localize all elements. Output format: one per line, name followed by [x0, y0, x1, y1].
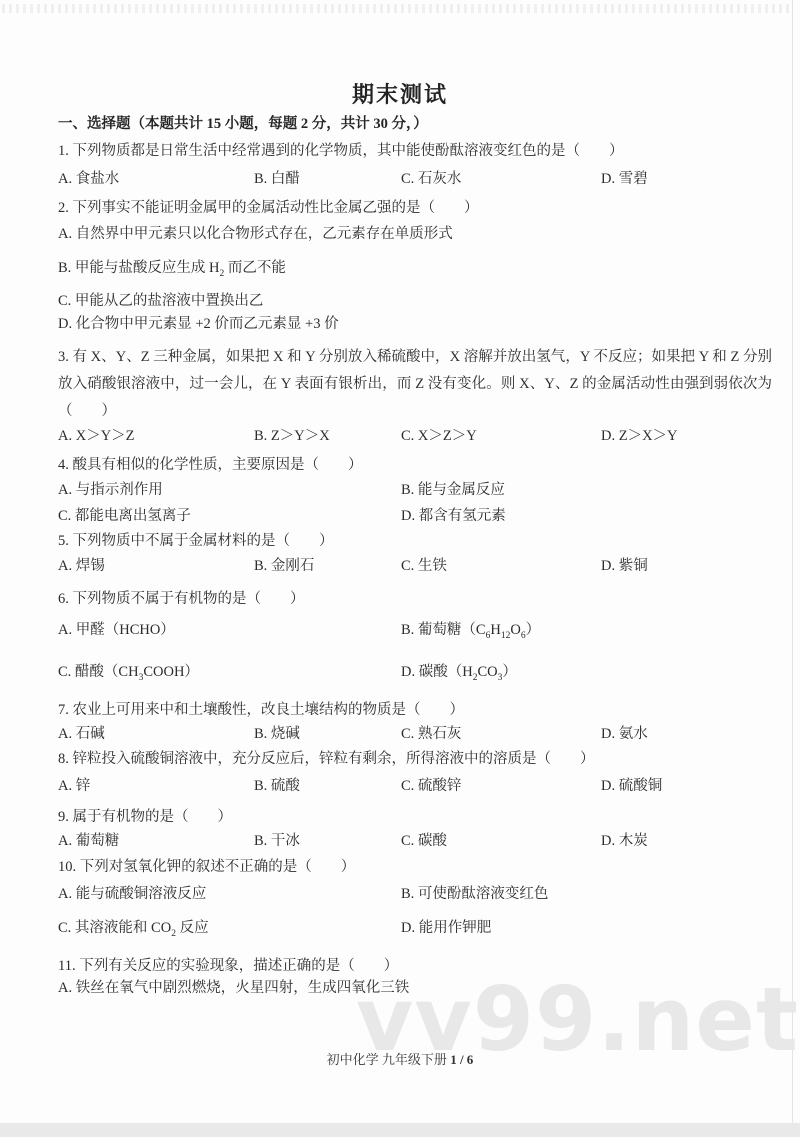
option: B. 可使酚酞溶液变红色: [401, 881, 772, 908]
option: A. 与指示剂作用: [58, 477, 401, 504]
option: A. 自然界中甲元素只以化合物形式存在，乙元素存在单质形式: [58, 221, 772, 248]
option: B. 硫酸: [254, 773, 401, 800]
option: A. 能与硫酸铜溶液反应: [58, 881, 401, 908]
question-6-options-row1: A. 甲醛（HCHO） B. 葡萄糖（C6H12O6）: [58, 614, 772, 646]
footer-label: 初中化学 九年级下册: [327, 1052, 447, 1067]
option: D. 雪碧: [601, 166, 772, 193]
option: C. 碳酸: [401, 828, 601, 855]
option: A. 焊锡: [58, 553, 254, 580]
question-10-options-row1: A. 能与硫酸铜溶液反应 B. 可使酚酞溶液变红色: [58, 881, 772, 908]
option: B. 能与金属反应: [401, 477, 772, 504]
section-header: 一、选择题（本题共计 15 小题，每题 2 分，共计 30 分，）: [58, 111, 772, 138]
page-title: 期末测试: [0, 81, 800, 108]
option: B. 甲能与盐酸反应生成 H2 而乙不能: [58, 252, 772, 284]
option: A. 食盐水: [58, 166, 254, 193]
option: A. X＞Y＞Z: [58, 423, 254, 450]
question-9-options: A. 葡萄糖 B. 干冰 C. 碳酸 D. 木炭: [58, 828, 772, 855]
option: B. Z＞Y＞X: [254, 423, 401, 450]
option: C. 石灰水: [401, 166, 601, 193]
option: D. 碳酸（H2CO3）: [401, 656, 772, 688]
bottom-bar: [0, 1123, 800, 1137]
option: B. 干冰: [254, 828, 401, 855]
question-7-options: A. 石碱 B. 烧碱 C. 熟石灰 D. 氨水: [58, 721, 772, 748]
option: D. 紫铜: [601, 553, 772, 580]
question-6-stem: 6. 下列物质不属于有机物的是（ ）: [58, 586, 772, 613]
page-footer: 初中化学 九年级下册 1 / 6: [0, 1046, 800, 1073]
page-edge-line: [792, 0, 793, 1123]
option: A. 葡萄糖: [58, 828, 254, 855]
option: B. 金刚石: [254, 553, 401, 580]
question-8-options: A. 锌 B. 硫酸 C. 硫酸锌 D. 硫酸铜: [58, 773, 772, 800]
option: A. 锌: [58, 773, 254, 800]
option: B. 葡萄糖（C6H12O6）: [401, 614, 772, 646]
perforation-line: [2, 4, 792, 13]
option: D. 氨水: [601, 721, 772, 748]
option: D. Z＞X＞Y: [601, 423, 772, 450]
option: A. 铁丝在氧气中剧烈燃烧，火星四射，生成四氧化三铁: [58, 975, 772, 1002]
option: D. 都含有氢元素: [401, 503, 772, 530]
question-4-options-row1: A. 与指示剂作用 B. 能与金属反应: [58, 477, 772, 504]
option: C. 醋酸（CH3COOH）: [58, 656, 401, 688]
question-6-options-row2: C. 醋酸（CH3COOH） D. 碳酸（H2CO3）: [58, 656, 772, 688]
option: D. 木炭: [601, 828, 772, 855]
question-4-options-row2: C. 都能电离出氢离子 D. 都含有氢元素: [58, 503, 772, 530]
question-10-stem: 10. 下列对氢氧化钾的叙述不正确的是（ ）: [58, 854, 772, 881]
option: C. 其溶液能和 CO2 反应: [58, 912, 401, 944]
option: B. 烧碱: [254, 721, 401, 748]
option: A. 石碱: [58, 721, 254, 748]
exam-page: vv99.net 期末测试 一、选择题（本题共计 15 小题，每题 2 分，共计…: [0, 0, 800, 1137]
option: A. 甲醛（HCHO）: [58, 614, 401, 646]
option: D. 化合物中甲元素显 +2 价而乙元素显 +3 价: [58, 311, 772, 338]
question-3-options: A. X＞Y＞Z B. Z＞Y＞X C. X＞Z＞Y D. Z＞X＞Y: [58, 423, 772, 450]
option: D. 硫酸铜: [601, 773, 772, 800]
option: C. 生铁: [401, 553, 601, 580]
question-10-options-row2: C. 其溶液能和 CO2 反应 D. 能用作钾肥: [58, 912, 772, 944]
option: C. 熟石灰: [401, 721, 601, 748]
question-9-stem: 9. 属于有机物的是（ ）: [58, 804, 772, 831]
question-2-stem: 2. 下列事实不能证明金属甲的金属活动性比金属乙强的是（ ）: [58, 195, 772, 222]
question-1-options: A. 食盐水 B. 白醋 C. 石灰水 D. 雪碧: [58, 166, 772, 193]
option: B. 白醋: [254, 166, 401, 193]
option: D. 能用作钾肥: [401, 912, 772, 944]
option: C. 硫酸锌: [401, 773, 601, 800]
question-1-stem: 1. 下列物质都是日常生活中经常遇到的化学物质，其中能使酚酞溶液变红色的是（ ）: [58, 138, 772, 165]
option: C. X＞Z＞Y: [401, 423, 601, 450]
question-8-stem: 8. 锌粒投入硫酸铜溶液中，充分反应后，锌粒有剩余，所得溶液中的溶质是（ ）: [58, 746, 772, 773]
question-3-stem: 3. 有 X、Y、Z 三种金属，如果把 X 和 Y 分别放入稀硫酸中，X 溶解并…: [58, 344, 772, 425]
question-5-stem: 5. 下列物质中不属于金属材料的是（ ）: [58, 528, 772, 555]
option: C. 都能电离出氢离子: [58, 503, 401, 530]
question-5-options: A. 焊锡 B. 金刚石 C. 生铁 D. 紫铜: [58, 553, 772, 580]
question-7-stem: 7. 农业上可用来中和土壤酸性，改良土壤结构的物质是（ ）: [58, 697, 772, 724]
question-4-stem: 4. 酸具有相似的化学性质，主要原因是（ ）: [58, 452, 772, 479]
footer-page-number: 1 / 6: [450, 1052, 473, 1067]
